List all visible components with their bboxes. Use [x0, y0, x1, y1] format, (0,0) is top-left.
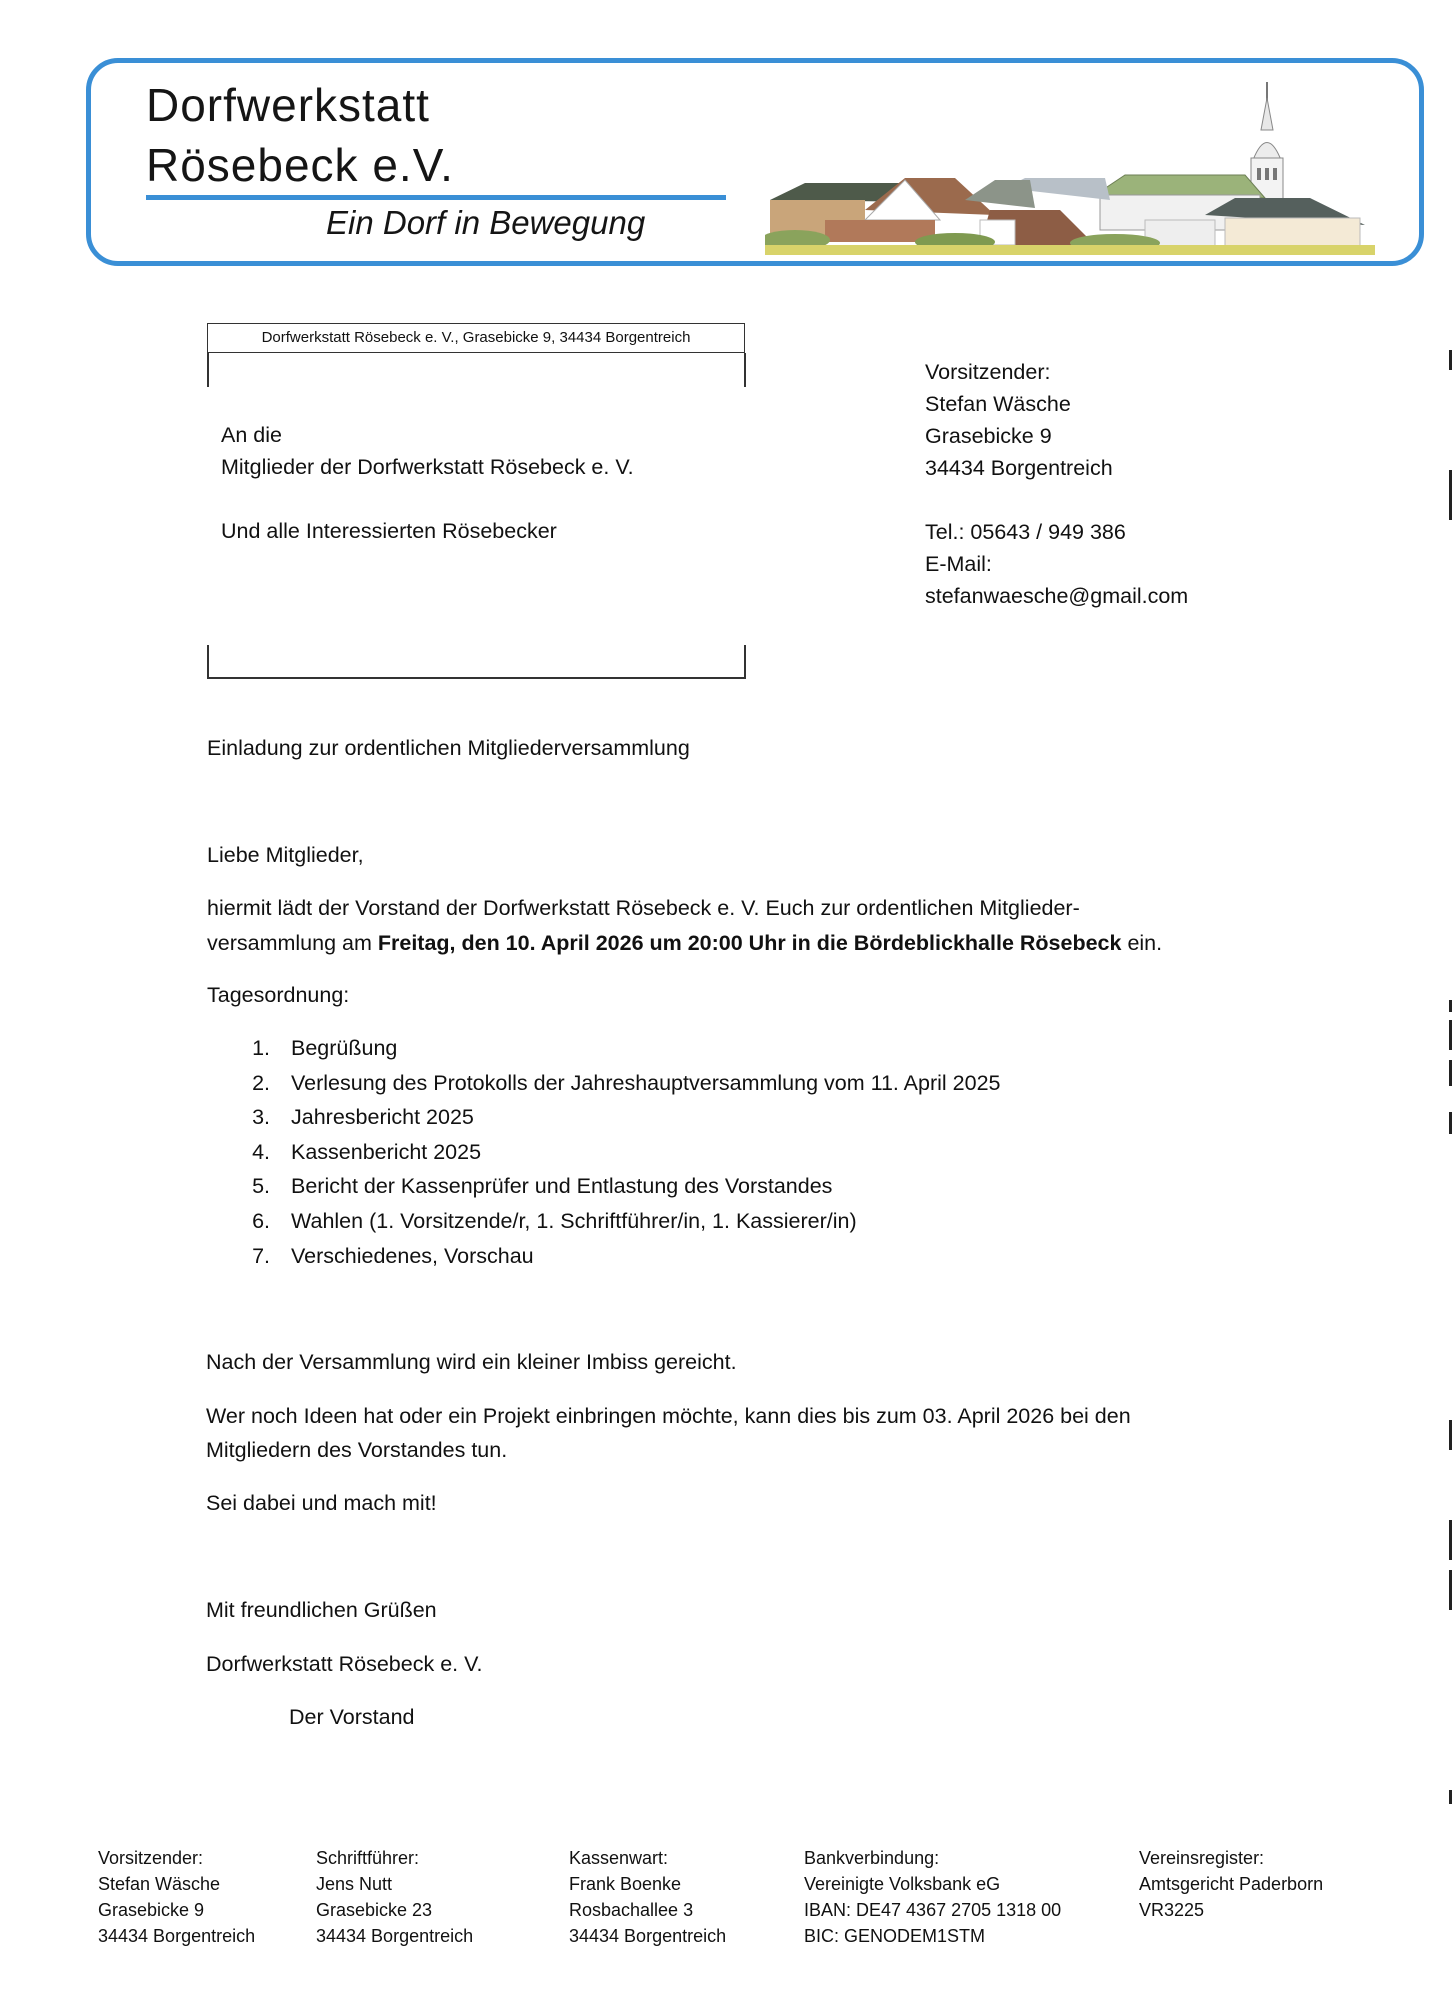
footer-column-heading: Vereinsregister:: [1139, 1845, 1323, 1871]
window-bracket-bottom-left: [207, 645, 209, 678]
agenda-item-text: Verlesung des Protokolls der Jahreshaupt…: [291, 1071, 1001, 1096]
footer-column-line: Grasebicke 9: [98, 1897, 255, 1923]
letter-subject: Einladung zur ordentlichen Mitgliederver…: [207, 736, 690, 761]
agenda-item-number: 3.: [240, 1105, 270, 1130]
window-bracket-top-left: [207, 353, 209, 387]
window-bracket-bottom: [207, 677, 746, 679]
ideas-line-1: Wer noch Ideen hat oder ein Projekt einb…: [206, 1404, 1131, 1429]
agenda-item-text: Bericht der Kassenprüfer und Entlastung …: [291, 1174, 832, 1199]
call-to-action: Sei dabei und mach mit!: [206, 1491, 437, 1516]
footer-column-line: IBAN: DE47 4367 2705 1318 00: [804, 1897, 1061, 1923]
footer-column: Vereinsregister:Amtsgericht PaderbornVR3…: [1139, 1845, 1323, 1923]
window-bracket-bottom-right: [744, 645, 746, 678]
footer-column-heading: Kassenwart:: [569, 1845, 726, 1871]
agenda-item-number: 7.: [240, 1244, 270, 1269]
footer-column-line: Stefan Wäsche: [98, 1871, 255, 1897]
org-name-line2: Rösebeck e.V.: [146, 136, 454, 194]
footer-column-line: 34434 Borgentreich: [569, 1923, 726, 1949]
footer-column-line: 34434 Borgentreich: [98, 1923, 255, 1949]
closing: Mit freundlichen Grüßen: [206, 1598, 437, 1623]
footer-column-line: Grasebicke 23: [316, 1897, 473, 1923]
agenda-item-number: 2.: [240, 1071, 270, 1096]
org-name-line1: Dorfwerkstatt: [146, 76, 430, 134]
footer-column-line: 34434 Borgentreich: [316, 1923, 473, 1949]
agenda-item-text: Begrüßung: [291, 1036, 397, 1061]
footer-column: Bankverbindung:Vereinigte Volksbank eGIB…: [804, 1845, 1061, 1949]
recipient-line-4: Und alle Interessierten Rösebecker: [221, 519, 557, 544]
agenda-item-number: 4.: [240, 1140, 270, 1165]
contact-email-label: E-Mail:: [925, 552, 992, 577]
agenda-item-text: Kassenbericht 2025: [291, 1140, 481, 1165]
footer-column-heading: Vorsitzender:: [98, 1845, 255, 1871]
agenda-heading: Tagesordnung:: [207, 983, 349, 1008]
agenda-item-number: 5.: [240, 1174, 270, 1199]
intro-line-2: versammlung am Freitag, den 10. April 20…: [207, 931, 1162, 956]
sender-return-address: Dorfwerkstatt Rösebeck e. V., Grasebicke…: [207, 323, 745, 353]
recipient-line-2: Mitglieder der Dorfwerkstatt Rösebeck e.…: [221, 455, 634, 480]
contact-email[interactable]: stefanwaesche@gmail.com: [925, 584, 1188, 609]
village-illustration-icon: [765, 80, 1380, 258]
ideas-line-2: Mitgliedern des Vorstandes tun.: [206, 1438, 507, 1463]
footer-column: Kassenwart:Frank BoenkeRosbachallee 3344…: [569, 1845, 726, 1949]
agenda-item-text: Wahlen (1. Vorsitzende/r, 1. Schriftführ…: [291, 1209, 857, 1234]
agenda-item-text: Jahresbericht 2025: [291, 1105, 474, 1130]
window-bracket-top-right: [744, 353, 746, 387]
footer-column-line: VR3225: [1139, 1897, 1323, 1923]
footer-column-line: Rosbachallee 3: [569, 1897, 726, 1923]
contact-city: 34434 Borgentreich: [925, 456, 1113, 481]
footer-column-line: Vereinigte Volksbank eG: [804, 1871, 1061, 1897]
salutation: Liebe Mitglieder,: [207, 843, 364, 868]
footer-column-line: BIC: GENODEM1STM: [804, 1923, 1061, 1949]
footer-column-heading: Schriftführer:: [316, 1845, 473, 1871]
snack-note: Nach der Versammlung wird ein kleiner Im…: [206, 1350, 737, 1375]
footer-column-heading: Bankverbindung:: [804, 1845, 1061, 1871]
signature-org: Dorfwerkstatt Rösebeck e. V.: [206, 1652, 482, 1677]
contact-street: Grasebicke 9: [925, 424, 1052, 449]
agenda-item-number: 1.: [240, 1036, 270, 1061]
contact-role: Vorsitzender:: [925, 360, 1050, 385]
agenda-item-number: 6.: [240, 1209, 270, 1234]
intro-suffix: ein.: [1121, 931, 1162, 955]
contact-name: Stefan Wäsche: [925, 392, 1071, 417]
agenda-item-text: Verschiedenes, Vorschau: [291, 1244, 534, 1269]
title-underline: [146, 195, 726, 200]
footer-column: Vorsitzender:Stefan WäscheGrasebicke 934…: [98, 1845, 255, 1949]
intro-prefix: versammlung am: [207, 931, 378, 955]
footer-column-line: Amtsgericht Paderborn: [1139, 1871, 1323, 1897]
footer-column-line: Frank Boenke: [569, 1871, 726, 1897]
footer-column-line: Jens Nutt: [316, 1871, 473, 1897]
tagline: Ein Dorf in Bewegung: [326, 204, 645, 242]
meeting-date-location: Freitag, den 10. April 2026 um 20:00 Uhr…: [378, 931, 1122, 955]
intro-line-1: hiermit lädt der Vorstand der Dorfwerkst…: [207, 896, 1080, 921]
footer-column: Schriftführer:Jens NuttGrasebicke 233443…: [316, 1845, 473, 1949]
recipient-line-1: An die: [221, 423, 282, 448]
signature-board: Der Vorstand: [289, 1705, 414, 1730]
contact-phone: Tel.: 05643 / 949 386: [925, 520, 1126, 545]
